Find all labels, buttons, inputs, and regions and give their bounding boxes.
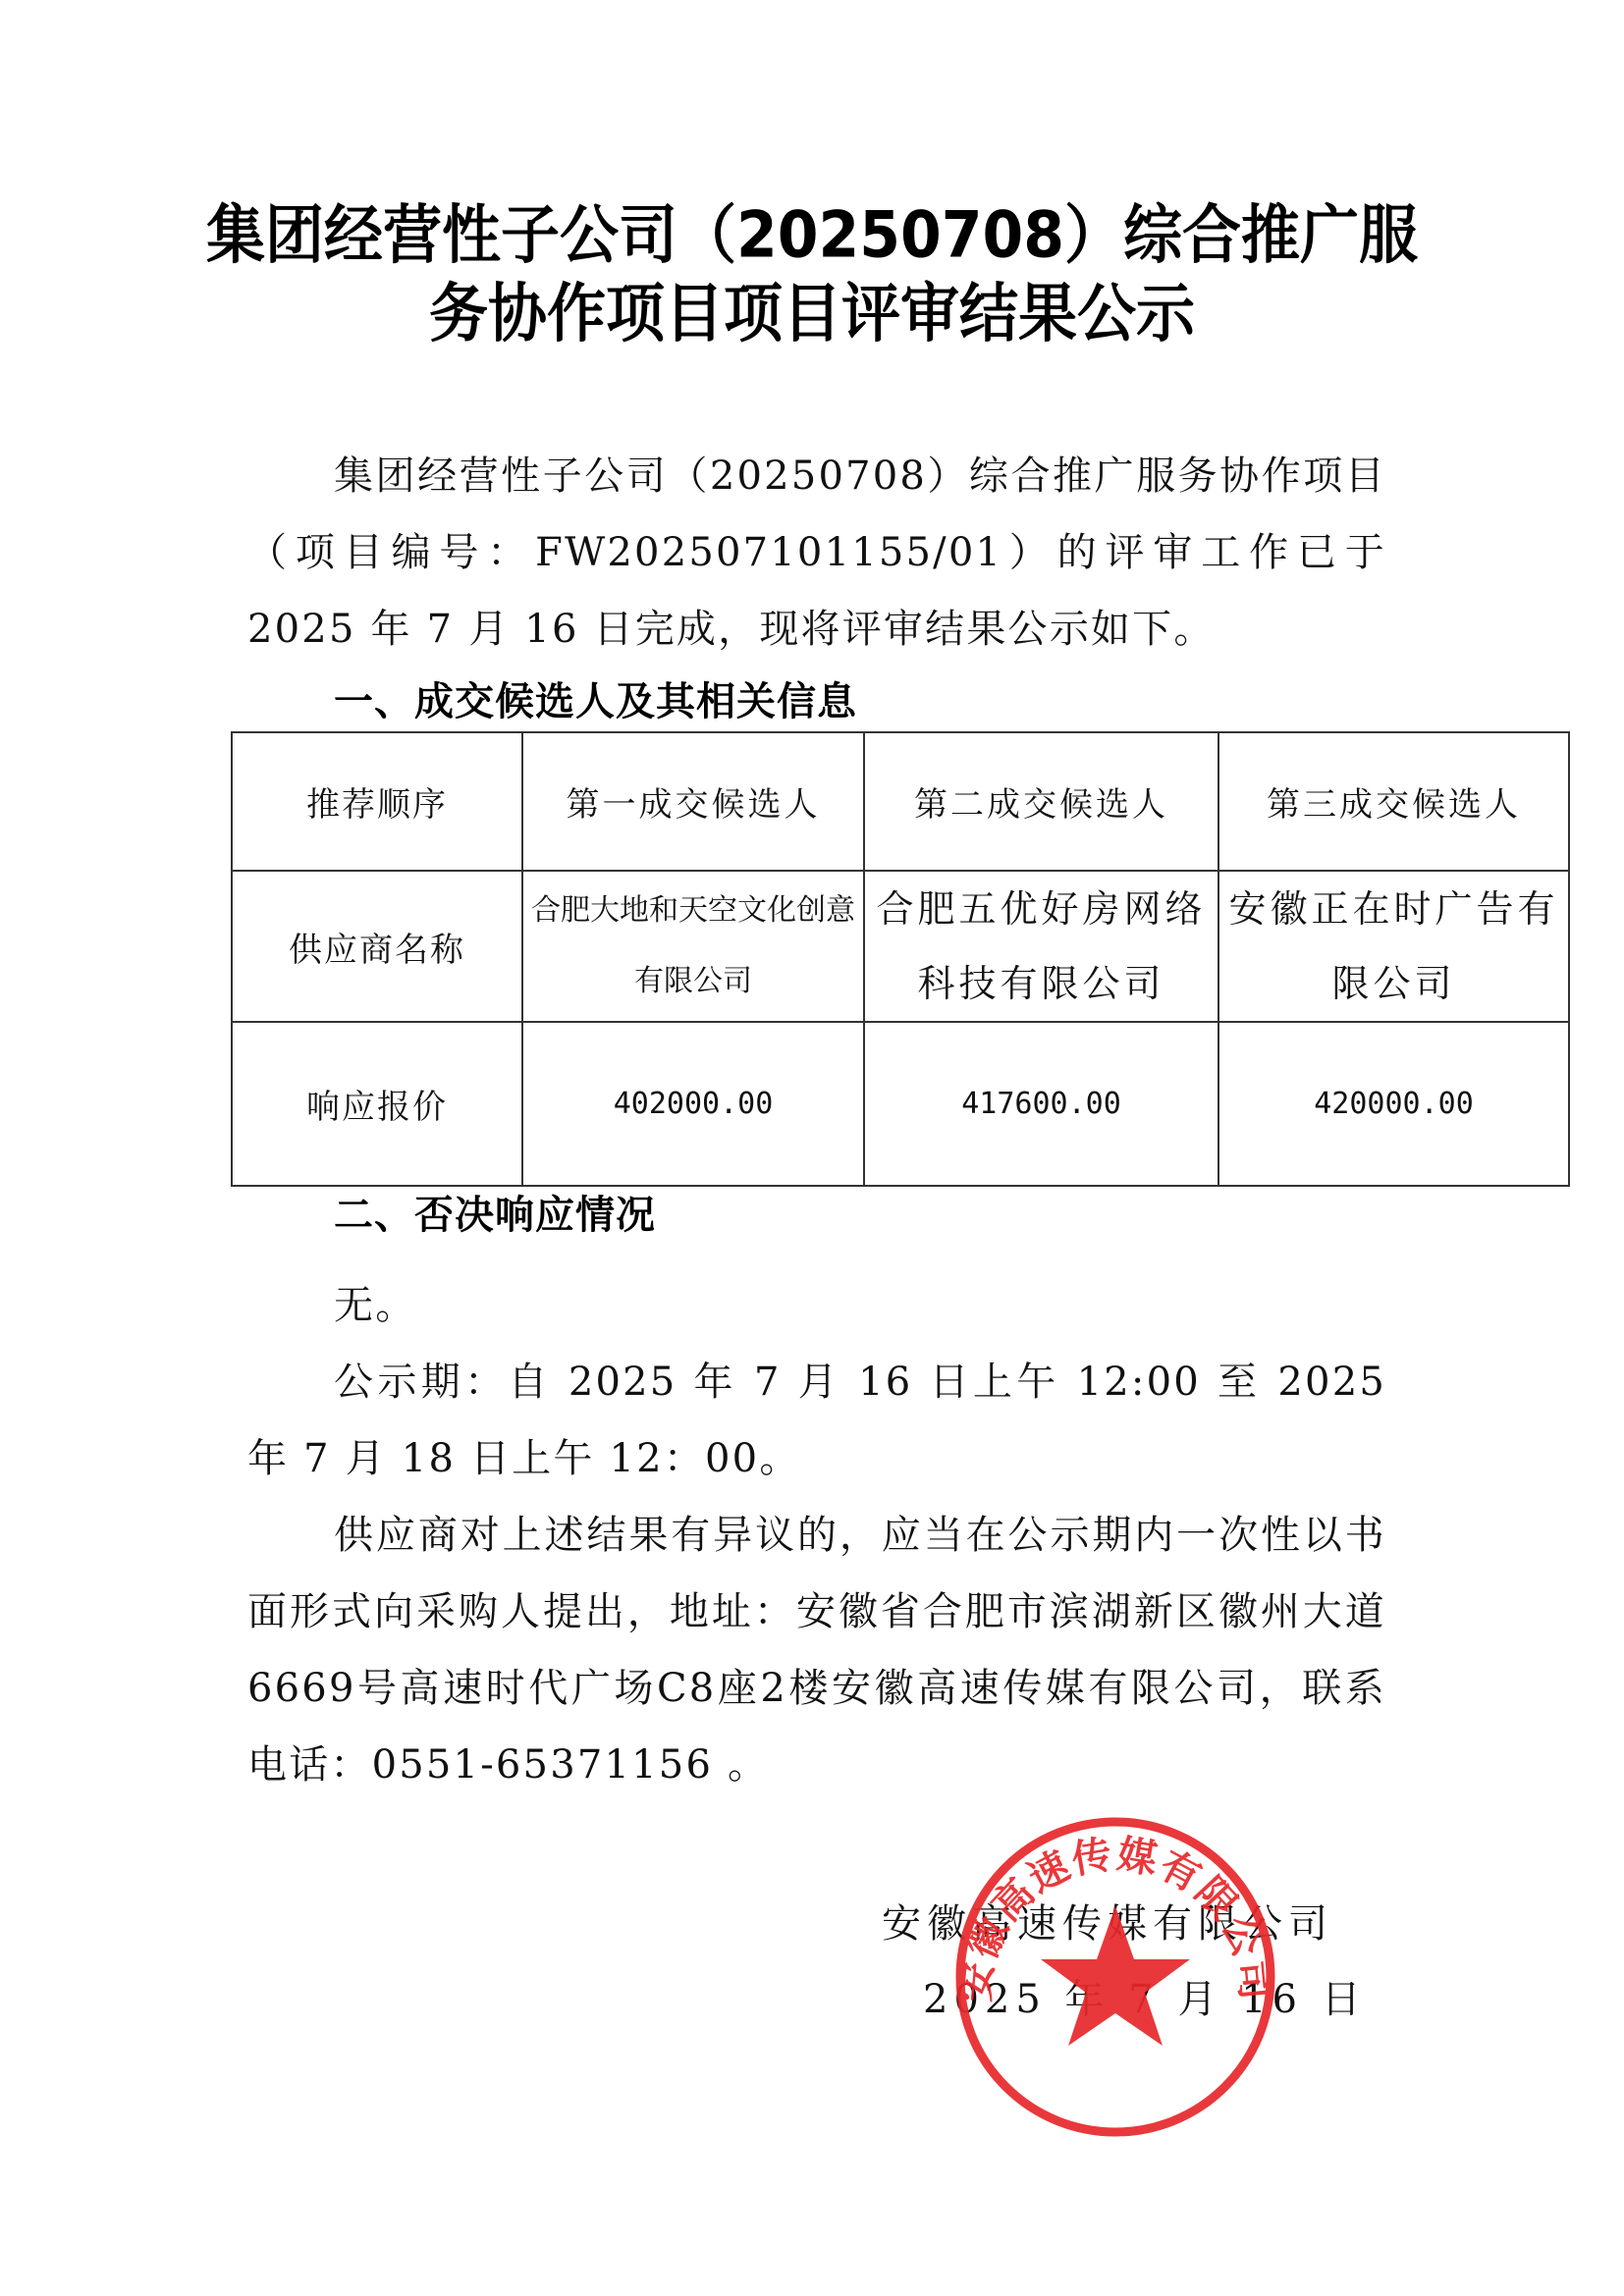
table-row-ranking: 推荐顺序 第一成交候选人 第二成交候选人 第三成交候选人 [232, 732, 1569, 871]
row-label-supplier: 供应商名称 [232, 871, 522, 1022]
price-third: 420000.00 [1218, 1022, 1569, 1186]
section-1-heading: 一、成交候选人及其相关信息 [334, 677, 857, 726]
objection-notice-paragraph: 供应商对上述结果有异议的，应当在公示期内一次性以书面形式向采购人提出，地址：安徽… [247, 1497, 1386, 1803]
price-second: 417600.00 [864, 1022, 1218, 1186]
section-2-body: 无。 [247, 1267, 1386, 1344]
column-header-third: 第三成交候选人 [1218, 732, 1569, 871]
document-page: 集团经营性子公司（20250708）综合推广服 务协作项目项目评审结果公示 集团… [0, 0, 1624, 2296]
publicity-period-paragraph: 公示期：自 2025 年 7 月 16 日上午 12:00 至 2025 年 7… [247, 1344, 1386, 1497]
signature-date: 2025 年 7 月 16 日 [923, 1975, 1367, 2024]
document-title-line-1: 集团经营性子公司（20250708）综合推广服 [196, 193, 1428, 278]
signature-organization: 安徽高速传媒有限公司 [882, 1899, 1333, 1949]
table-row-supplier: 供应商名称 合肥大地和天空文化创意有限公司 合肥五优好房网络科技有限公司 安徽正… [232, 871, 1569, 1022]
column-header-first: 第一成交候选人 [522, 732, 864, 871]
column-header-second: 第二成交候选人 [864, 732, 1218, 871]
supplier-name-first: 合肥大地和天空文化创意有限公司 [522, 871, 864, 1022]
section-2-heading: 二、否决响应情况 [334, 1191, 656, 1240]
row-label-price: 响应报价 [232, 1022, 522, 1186]
supplier-name-second: 合肥五优好房网络科技有限公司 [864, 871, 1218, 1022]
price-first: 402000.00 [522, 1022, 864, 1186]
candidates-table: 推荐顺序 第一成交候选人 第二成交候选人 第三成交候选人 供应商名称 合肥大地和… [231, 731, 1570, 1187]
document-title-line-2: 务协作项目项目评审结果公示 [196, 272, 1428, 356]
row-label-ranking: 推荐顺序 [232, 732, 522, 871]
table-row-price: 响应报价 402000.00 417600.00 420000.00 [232, 1022, 1569, 1186]
supplier-name-third: 安徽正在时广告有限公司 [1218, 871, 1569, 1022]
intro-paragraph: 集团经营性子公司（20250708）综合推广服务协作项目（项目编号：FW2025… [247, 438, 1386, 667]
